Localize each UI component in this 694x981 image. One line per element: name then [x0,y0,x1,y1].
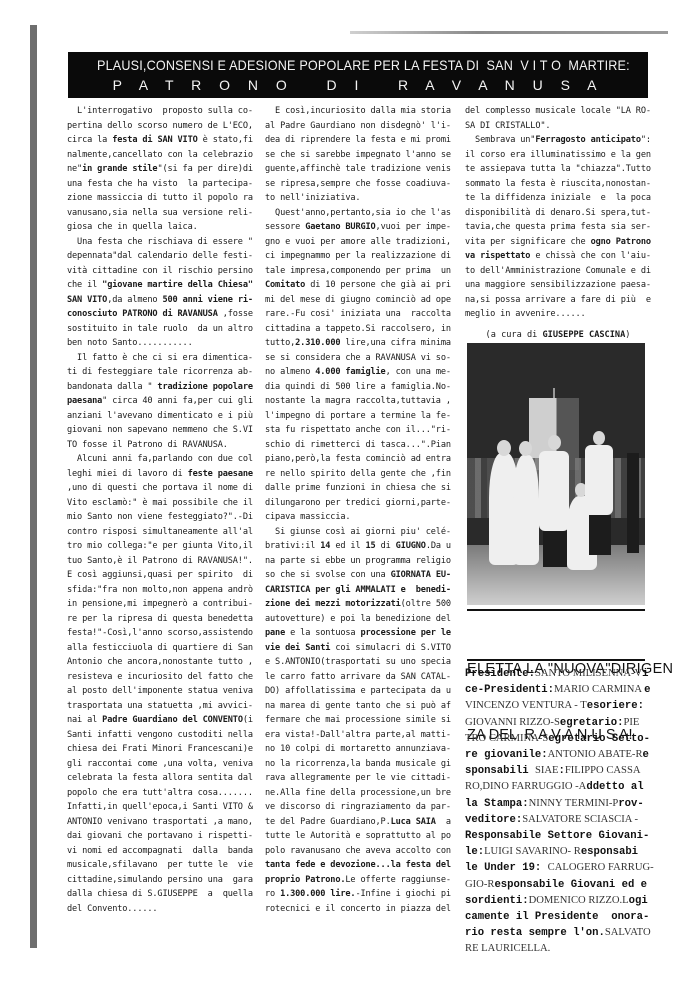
text-line: Una festa che rischiava di essere " [67,235,257,250]
text-line: Infatti,in quell'epoca,i Santi VITO & [67,800,257,815]
board-line: rio resta sempre l'on.SALVATO [465,925,653,941]
text-line: tuo Santo,è il Patrono di RAVANUSA!". [67,554,257,569]
text-line: anziani l'avevano dimenticato e i più [67,409,257,424]
text-line: L'interrogativo proposto sulla co- [67,104,257,119]
procession-photo [467,343,645,605]
text-line: cittadina a tappeto.Si raccolsero, in [265,322,461,337]
text-line: ANTONIO venivano trasportati ,a mano, [67,815,257,830]
article-column-3: del complesso musicale locale "LA RO-SA … [465,104,651,322]
text-line: pertina dello scorso numero de L'ECO, [67,119,257,134]
text-line: mio Santo non viene festeggiato?".-Di [67,510,257,525]
text-line: na,si possa arrivare a fare di più e [465,293,651,308]
article-column-2: E così,incuriosito dalla mia storiaal Pa… [265,104,461,916]
section-rule-top [467,609,645,611]
text-line: ci impegnammo per la realizzazione di [265,249,461,264]
text-line: contro risposi simultaneamente all'al [67,525,257,540]
text-line: alla festicciuola di quartiere di San [67,641,257,656]
text-line: SA DI CRISTALLO". [465,119,651,134]
text-line: una festa che ha visto la partecipa- [67,177,257,192]
text-line: dai giovani che portavano i rispetti- [67,829,257,844]
text-line: TO fosse il Patrono di RAVANUSA. [67,438,257,453]
text-line: musicale,sfilavano per tutte le vie [67,858,257,873]
text-line: il corso era illuminatissimo e la gen [465,148,651,163]
text-line: al posto dell'imponente statua veniva [67,684,257,699]
text-line: giosa che in quella laica. [67,220,257,235]
text-line: dia quindi di 500 lire a famiglia.No- [265,380,461,395]
text-line: resisteva e incuriosito del fatto che [67,670,257,685]
text-line: Santi infatti vengono custoditi nella [67,728,257,743]
text-line: vie dei Santi coi simulacri di S.VITO [265,641,461,656]
text-line: re per la ripresa di questa benedetta [67,612,257,627]
text-line: chiesa dei Frati Minori Francescani)e [67,742,257,757]
headline-line-1: PLAUSI,CONSENSI E ADESIONE POPOLARE PER … [97,55,619,75]
text-line: dea di riprendere la festa e mi promi [265,133,461,148]
text-line: SAN VITO,da almeno 500 anni viene ri- [67,293,257,308]
text-line: sessore Gaetano BURGIO,vuoi per impe- [265,220,461,235]
text-line: dilungarono per tredici giorni,parte- [265,496,461,511]
text-line: tanta fede e devozione...la festa del [265,858,461,873]
text-line: era vista!-Dall'altra parte,al matti- [265,728,461,743]
text-line: giovani non sapevano nemmeno che S.VI [67,423,257,438]
text-line: na parte si ebbe un programma religio [265,554,461,569]
text-line: celebrata la festa allora sentita dal [67,771,257,786]
text-line: al Padre Gaurdiano non disdegnò' l'i- [265,119,461,134]
text-line: Sembrava un"Ferragosto anticipato": [465,133,651,148]
text-line: Comitato di 10 persone che già ai pri [265,278,461,293]
text-line: pane e la sontuosa processione per le [265,626,461,641]
text-line: sostituito in tale ruolo da un altro [67,322,257,337]
board-section-body: Presidente:SANTO MILISENNA-Vice-Presiden… [465,666,653,957]
text-line: tutte le Autorità e soprattutto al po [265,829,461,844]
board-line: GIO-Responsabile Giovani ed e [465,877,653,893]
text-line: conosciuto PATRONO di RAVANUSA ,fosse [67,307,257,322]
text-line: e S.ANTONIO(trasportati su uno specia [265,655,461,670]
board-line: re giovanile:ANTONIO ABATE-Re [465,747,653,763]
text-line: vita per significare che ogno Patrono [465,235,651,250]
text-line: tale impresa,componendo per prima un [265,264,461,279]
text-line: DO) affollatissima e partecipata da u [265,684,461,699]
board-line: le Under 19: CALOGERO FARRUG- [465,860,653,876]
text-line: CARISTICA per gli AMMALATI e benedi- [265,583,461,598]
text-line: ne.Alla fine della processione,un bre [265,786,461,801]
text-line: mi del mese di giugno cominciò ad ope [265,293,461,308]
text-line: zione massiccia di tutto il popolo ra [67,191,257,206]
text-line: Alcuni anni fa,parlando con due col [67,452,257,467]
text-line: brativi:il 14 ed il 15 di GIUGNO.Da u [265,539,461,554]
text-line: rava allegramente per le vie cittadi- [265,771,461,786]
text-line: nalmente,cancellato con la celebrazio [67,148,257,163]
text-line: rotecnici e il concerto in piazza del [265,902,461,917]
article-column-1: L'interrogativo proposto sulla co-pertin… [67,104,257,916]
text-line: ti di festeggiare tale ricorrenza ab- [67,365,257,380]
page-margin-bar [30,25,37,948]
text-line: no la ricorrenza,la banda musicale gi [265,757,461,772]
text-line: piano,però,la festa cominciò ad entra [265,452,461,467]
text-line: che il "giovane martire della Chiesa" [67,278,257,293]
text-line: to dell'Amministrazione Comunale e di [465,264,651,279]
text-line: sommato la festa è riuscita,nonostan- [465,177,651,192]
board-line: VINCENZO VENTURA - Tesoriere: [465,698,653,714]
text-line: Quest'anno,pertanto,sia io che l'as [265,206,461,221]
text-line: circa la festa di SAN VITO è stato,fi [67,133,257,148]
text-line: na marea di gente tanto che si può af [265,699,461,714]
text-line: tro mio collega:"e per giunta Vito,il [67,539,257,554]
headline-banner: PLAUSI,CONSENSI E ADESIONE POPOLARE PER … [68,52,648,98]
text-line: Si giunse così ai giorni piu' celé- [265,525,461,540]
text-line: te del Padre Guardiano,P.Luca SAIA a [265,815,461,830]
text-line: le carro fatto arrivare da SAN CATAL- [265,670,461,685]
text-line: Vito esclamò:" è mai possibile che il [67,496,257,511]
text-line: cipava massiccia. [265,510,461,525]
text-line: proprio Patrono.Le offerte raggiunse- [265,873,461,888]
board-line: Responsabile Settore Giovani- [465,828,653,844]
text-line: ro 1.300.000 lire.-Infine i giochi pi [265,887,461,902]
text-line: vanusano,sia nella sua versione reli- [67,206,257,221]
text-line: va rispettato e chissà che con l'aiu- [465,249,651,264]
text-line: tutto,2.310.000 lire,una cifra minima [265,336,461,351]
text-line: bandonata dalla " tradizione popolare [67,380,257,395]
text-line: tavia,che questa prima festa sia ser- [465,220,651,235]
board-line: sponsabili SIAE:FILIPPO CASSA [465,763,653,779]
text-line: del Convento...... [67,902,257,917]
text-line: Il fatto è che ci si era dimentica- [67,351,257,366]
text-line: paesana" circa 40 anni fa,per cui gli [67,394,257,409]
text-line: l'impegno di portare a termine la fe- [265,409,461,424]
board-line: GIOVANNI RIZZO-Segretario:PIE [465,715,653,731]
headline-line-2: P A T R O N O D I R A V A N U S A [68,75,648,95]
board-line: sordienti:DOMENICO RIZZO.Logi [465,893,653,909]
text-line: schio di rimetterci di tasca...".Pian [265,438,461,453]
board-line: ce-Presidenti:MARIO CARMINA e [465,682,653,698]
top-rule [350,31,668,34]
board-line: la Stampa:NINNY TERMINI-Prov- [465,796,653,812]
text-line: polo ravanusano che aveva accolto con [265,844,461,859]
text-line: re nello spirito della gente che ,fin [265,467,461,482]
text-line: gli raccontai come ,una volta, veniva [67,757,257,772]
text-line: nai al Padre Guardiano del CONVENTO(i [67,713,257,728]
text-line: sta fu rispettato anche con il..."ri- [265,423,461,438]
text-line: del complesso musicale locale "LA RO- [465,104,651,119]
text-line: meglio in avvenire...... [465,307,651,322]
text-line: sfida:"fra non molto,non appena andrò [67,583,257,598]
text-line: cittadine,simulando persino una gara [67,873,257,888]
text-line: trasportata una statuetta ,mi avvici- [67,699,257,714]
text-line: festa!"-Così,l'anno scorso,assistendo [67,626,257,641]
text-line: fermare che mai processione simile si [265,713,461,728]
text-line: autovetture) e poi la benedizione del [265,612,461,627]
board-line: TRO CARMINA-Segretario Setto- [465,731,653,747]
article-credit: (a cura di GIUSEPPE CASCINA) [465,330,651,340]
text-line: depennata"dal calendario delle festi- [67,249,257,264]
text-line: popolo che era tutt'altra cosa....... [67,786,257,801]
text-line: ne"in grande stile"(si fa per dire)di [67,162,257,177]
section-rule-bottom [467,659,645,661]
text-line: leghi miei di lavoro di feste paesane [67,467,257,482]
text-line: dalle prime funzioni in chiesa che si [265,481,461,496]
text-line: te assiepava tutta la "chiazza".Tutto [465,162,651,177]
board-line: Presidente:SANTO MILISENNA-Vi [465,666,653,682]
text-line: disponibilità di denaro.Si spera,tut- [465,206,651,221]
text-line: no almeno 4.000 famiglie, con una me- [265,365,461,380]
text-line: vità cittadine con il rischio persino [67,264,257,279]
text-line: se ripresa,sempre che fosse coadiuva- [265,177,461,192]
text-line: ben noto Santo........... [67,336,257,351]
text-line: se si considera che a RAVANUSA vi so- [265,351,461,366]
board-line: RE LAURICELLA. [465,941,653,956]
board-line: le:LUIGI SAVARINO- Responsabi [465,844,653,860]
text-line: te la diffidenza iniziale e la poca [465,191,651,206]
board-line: camente il Presidente onora- [465,909,653,925]
text-line: se che si sarebbe impegnato l'anno se [265,148,461,163]
text-line: no 10 colpi di mortaretto annunziava- [265,742,461,757]
board-line: RO,DINO FARRUGGIO -Addetto al [465,779,653,795]
board-line: veditore:SALVATORE SCIASCIA - [465,812,653,828]
text-line: ,uno di questi che portava il nome di [67,481,257,496]
text-line: to nell'iniziativa. [265,191,461,206]
text-line: gno e vuoi per amore alle tradizioni, [265,235,461,250]
text-line: nostante la magra raccolta,tuttavia , [265,394,461,409]
text-line: in pensione,mi impegnerò a contribui- [67,597,257,612]
text-line: so che si svolse con una GIORNATA EU- [265,568,461,583]
text-line: Antonio che ancora,nonostante tutto , [67,655,257,670]
text-line: guente,affinchè tale tradizione venis [265,162,461,177]
text-line: ve discorso di ringraziamento da par- [265,800,461,815]
text-line: rare.-Fu cosi' iniziata una raccolta [265,307,461,322]
text-line: una maggiore sensibilizzazione paesa- [465,278,651,293]
text-line: dalla chiesa di S.GIUSEPPE a quella [67,887,257,902]
text-line: vi nomi ed accompagnati dalla banda [67,844,257,859]
text-line: E così aggiunsi,quasi per spirito di [67,568,257,583]
text-line: zione dei mezzi motorizzati(oltre 500 [265,597,461,612]
text-line: E così,incuriosito dalla mia storia [265,104,461,119]
